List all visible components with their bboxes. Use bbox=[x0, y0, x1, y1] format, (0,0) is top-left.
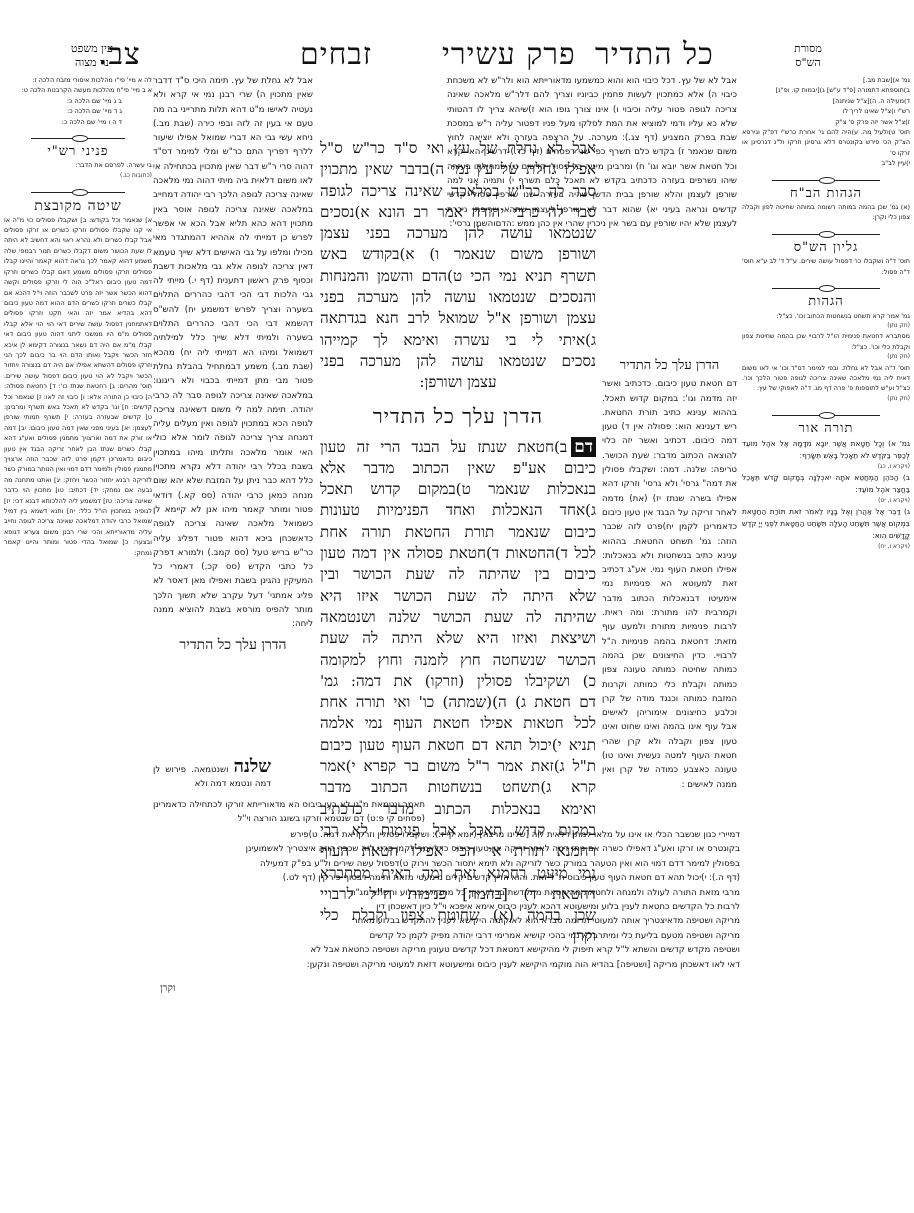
torah-or-source: (ויקרא ו, יח) bbox=[742, 542, 910, 552]
masoret-entry: רש"י ו)צ"ל שאינו לריך לו bbox=[742, 106, 910, 116]
penei-rashi-text: בי עשרה. לפרסם את הדבר: bbox=[4, 160, 152, 170]
masoret-entry: ב)תוספתא דתמורה [פ"ד ע"ש] ג)[יבמות קו. ו… bbox=[742, 85, 910, 95]
gemara-line: לכל חטאות אפילו חטאת העוף נמי אלמה bbox=[320, 713, 596, 734]
gemara-line: תניא י)יכול תהא דם חטאת העוף טעון כיבום bbox=[320, 735, 596, 756]
gemara-line: ושורפן משום שנאמר ו) א)בקודש באש bbox=[320, 244, 596, 265]
ein-mishpat-entry: ד ה ו מיי' שם הלכה כ: bbox=[4, 117, 152, 127]
gemara-line: ב)חטאת שנתז על הבגד הרי זה טעון bbox=[320, 438, 567, 456]
hagahot-entry: תוס' ד"ה אבל לא גחלת. ובפי למימר דס"ד וכ… bbox=[742, 363, 910, 394]
rashi-column: אבל לא של עץ. דכל כיבוי הוא והוא כמשמעו … bbox=[447, 74, 737, 231]
torah-or-entry: ב) הַכֹּהֵן הַמְחַטֵּא אֹתָהּ יֹאכְלֶנָּ… bbox=[742, 472, 910, 496]
rashi-mishna-text: דם חטאת טעון כיבום. כדכתיב ואשר יזה מדמה… bbox=[602, 377, 737, 792]
tosafot-text: אבל לא גחלת של עץ. תימה היכי ס"ד דדבר שא… bbox=[153, 74, 313, 632]
mishna-opening-word: דם bbox=[571, 437, 596, 457]
penei-rashi-title: פניני רש"י bbox=[4, 147, 152, 157]
gemara-line: תשרף תניא נמי הכי ט)הדם והשמן והמנחות bbox=[320, 266, 596, 287]
chapter-name: כל התדיר bbox=[595, 37, 714, 72]
bottom-line: ושטיפה מקדש קדשים והשתא ל"ל קרא תיפוק לי… bbox=[160, 943, 740, 957]
gemara-line: כיבום בין שהיתה לה שעת הכושר ובין bbox=[320, 564, 596, 585]
bottom-line: מרבי מזאת התורה לעולה ולמנחה ולחטאת מה ח… bbox=[160, 886, 740, 900]
gemara-line: הכושר שנשחטה חוץ לזמנה וחוץ למקומה bbox=[320, 650, 596, 671]
torah-or-source: (ויקרא ו, יט) bbox=[742, 496, 910, 506]
tosafot-mishna-block: שלנה ושנטמאה. פירוש לן דמה ונטמא דמה ולא bbox=[153, 760, 271, 792]
gemara-line: לכל ד)החטאות ד)חטאת פסולה אין דמה טעון bbox=[320, 543, 596, 564]
gemara-line: ושיצאת ואיזו היא שלא היתה לה שעת bbox=[320, 628, 596, 649]
ein-mishpat-entry: לה א מיי' פי"ו מהלכות איסורי מזבח הלכה ז… bbox=[4, 75, 152, 85]
ornament-divider bbox=[742, 229, 910, 239]
masoret-entry: תוס' ט)ולעיל מה. ע)היה להם גי' אחרת כרש"… bbox=[742, 127, 910, 158]
gemara-line: נסכים שנטמאו עושה להן מערכה בפני bbox=[320, 351, 596, 372]
ein-mishpat-section: לה א מיי' פי"ו מהלכות איסורי מזבח הלכה ז… bbox=[4, 75, 152, 127]
gemara-line: והנסכים שנטמאו עושה להן מערכה בפני bbox=[320, 287, 596, 308]
right-margin: גמ' א)[שבת מב.] ב)תוספתא דתמורה [פ"ד ע"ש… bbox=[742, 75, 910, 553]
bottom-commentary: דמיירי כגון שנשבר הכלי או אינו על מלאו ל… bbox=[160, 828, 740, 972]
gemara-line: כיבום אע"פ שאין הכתוב מדבר אלא bbox=[320, 458, 596, 479]
hagahot-source: (חק נתן) bbox=[742, 352, 910, 362]
gilyon-hashas-text: תוס' ד"ה ושקבלו כו' דפסול עושה שירים. ע"… bbox=[742, 256, 910, 277]
bottom-line: בקונטרס או זרקו ואע"ג דאפילו כשרה אם נית… bbox=[160, 842, 740, 856]
gemara-line: קרא ג)תשחט בנשחטות הכתוב מדבר bbox=[320, 777, 596, 798]
gemara-line: שהיתה לה שעת הכושר שלנה ושנטמאה bbox=[320, 607, 596, 628]
bottom-line: מריקה ושטיפה מטעם בליעת כלי ומיתרבלא נמי… bbox=[160, 929, 740, 943]
rashi-text: אבל לא של עץ. דכל כיבוי הוא והוא כמשמעו … bbox=[447, 74, 737, 231]
gemara-line: ג)אחד הנאכלות ואחד הפנימיות טעונות bbox=[320, 500, 596, 521]
shita-mekubetzet-section: שיטה מקובצת א] שנאמר וכל בקודש: ב] ושקבל… bbox=[4, 201, 152, 558]
torah-or-entry: ג) דַּבֵּר אֶל אַהֲרֹן וְאֶל בָּנָיו לֵא… bbox=[742, 506, 910, 542]
torah-or-title: תורה אור bbox=[742, 424, 910, 434]
hagahot-habach-text: (א) גמ' שכן בהמה במותה רשומה במותה שחיטה… bbox=[742, 202, 910, 223]
gilyon-hashas-section: גליון הש"ס תוס' ד"ה ושקבלו כו' דפסול עוש… bbox=[742, 243, 910, 277]
gemara-line: כיבום שנאמר תורת החטאת תורה אחת bbox=[320, 522, 596, 543]
hagahot-source: (חק נתן) bbox=[742, 321, 910, 331]
gemara-column: אבל לא נחלת של עץ ואי ס"ד כר"ש ס"ל אפילו… bbox=[320, 138, 596, 948]
penei-rashi-source: (כתובות כג.) bbox=[4, 171, 152, 181]
gemara-line: כ) ושקיבלו פסולין (וזרקו) את דמה: גמ' bbox=[320, 671, 596, 692]
bottom-line: לרבות כל הקדשים כחטאת לענין בלוע ומישעוט… bbox=[160, 900, 740, 914]
torah-or-section: תורה אור גמ' א) וְכָל חַטָּאת אֲשֶׁר יוּ… bbox=[742, 424, 910, 553]
masoret-section: גמ' א)[שבת מב.] ב)תוספתא דתמורה [פ"ד ע"ש… bbox=[742, 75, 910, 169]
hagahot-habach-title: הגהות הב"ח bbox=[742, 189, 910, 199]
hagahot-entry: מסתברא דחטאת פנימית הו"ל לרבויי שכן בהמה… bbox=[742, 331, 910, 352]
ornament-divider bbox=[742, 175, 910, 185]
ornament-divider bbox=[4, 133, 152, 143]
bottom-line: בפסולין למימר דדם דמוי הוא ואין הטעהר במ… bbox=[160, 857, 740, 871]
masoret-label: מסורת bbox=[778, 42, 838, 56]
hagahot-section: הגהות גמ' אמר קרא תשחט בנשחטות הכתוב וכו… bbox=[742, 297, 910, 404]
chapter-number: פרק עשירי bbox=[442, 37, 576, 72]
tosafot-hadran: הדרן עלך כל התדיר bbox=[153, 638, 313, 652]
left-margin: לה א מיי' פי"ו מהלכות איסורי מזבח הלכה ז… bbox=[4, 75, 152, 558]
hagahot-habach-section: הגהות הב"ח (א) גמ' שכן בהמה במותה רשומה … bbox=[742, 189, 910, 223]
gemara-line: בנאכלות שנאמר ט)במקום קדוש תאכל bbox=[320, 479, 596, 500]
masoret-entry: ד)מעילה ה. ה)[צ"ל שניתנה] bbox=[742, 96, 910, 106]
hagahot-entry: גמ' אמר קרא תשחט בנשחטות הכתוב וכו'. כצ"… bbox=[742, 311, 910, 321]
bottom-line: דמיירי כגון שנשבר הכלי או אינו על מלאו ל… bbox=[160, 828, 740, 842]
catchword: וקרן bbox=[160, 983, 200, 994]
gemara-line: עצמן ושורפן: bbox=[320, 372, 596, 393]
penei-rashi-section: פניני רש"י בי עשרה. לפרסם את הדבר: (כתוב… bbox=[4, 147, 152, 181]
ornament-divider bbox=[742, 410, 910, 420]
shita-mekubetzet-text: א] שנאמר וכל בקודש: ב] ושקבלו פסולים כוי… bbox=[4, 215, 152, 558]
ornament-divider bbox=[742, 283, 910, 293]
tractate-name: זבחים bbox=[300, 37, 372, 72]
masoret-entry: גמ' א)[שבת מב.] bbox=[742, 75, 910, 85]
bottom-line: דאי לאו דאשכחן מריקה [ושטיפה] בהדיא הוה … bbox=[160, 958, 740, 972]
gilyon-hashas-title: גליון הש"ס bbox=[742, 243, 910, 253]
torah-or-source: (ויקרא ו, כג) bbox=[742, 462, 910, 472]
mishna-first-line: דםב)חטאת שנתז על הבגד הרי זה טעון bbox=[320, 437, 596, 458]
gemara-line: ת"ל ג)זאת אמר ר"ל משום בר קפרא י)אמר bbox=[320, 756, 596, 777]
gemara-line: ואימא בנאכלות הכתוב מדבר כדכתיב bbox=[320, 799, 596, 820]
masoret-entry: ז)צ"ל אשר יזה פרק ס' צ"ק bbox=[742, 117, 910, 127]
folio-number: צב. bbox=[98, 37, 141, 72]
tosafot-mishna-heading: שלנה bbox=[234, 756, 271, 777]
gemara-line: דם חטאת ג) ה)(שמתה) כו' ואי תורה אחת bbox=[320, 692, 596, 713]
ein-mishpat-entry: ג ד מיי' שם הלכה כ: bbox=[4, 106, 152, 116]
hashas-label: הש"ס bbox=[778, 56, 838, 70]
rashi-hadran: הדרן עלך כל התדיר bbox=[602, 359, 737, 373]
rashi-column-lower: הדרן עלך כל התדיר דם חטאת טעון כיבום. כד… bbox=[602, 357, 737, 792]
bottom-line: מריקה ושטיפה מדאיצטריך אותה למעוטי תרומה… bbox=[160, 914, 740, 928]
ornament-divider bbox=[4, 187, 152, 197]
gemara-line: עצמן ושורפן א"ל שמואל לרב חנא בגדתאה bbox=[320, 308, 596, 329]
masoret-header-label: מסורת הש"ס bbox=[778, 42, 838, 70]
ein-mishpat-entry: ב ג מיי' שם הלכה כ: bbox=[4, 96, 152, 106]
shita-mekubetzet-title: שיטה מקובצת bbox=[4, 201, 152, 211]
torah-or-entry: גמ' א) וְכָל חַטָּאת אֲשֶׁר יוּבָא מִדָּ… bbox=[742, 438, 910, 462]
gemara-line: ג)איתי לי בי עשרה ואימא לך קמייהו bbox=[320, 330, 596, 351]
hagahot-source: (חק נתן) bbox=[742, 394, 910, 404]
bottom-line: (דף ה.): י)יכול תהא דם חטאת העוף טעון כי… bbox=[160, 871, 740, 885]
gemara-line: שלא היתה לה שעת הכושר איזו היא bbox=[320, 586, 596, 607]
masoret-entry: י)עיין לב"ב bbox=[742, 158, 910, 168]
hagahot-title: הגהות bbox=[742, 297, 910, 307]
ein-mishpat-entry: א ב מיי' פי"ח מהלכות מעשה הקרבנות הלכה ט… bbox=[4, 85, 152, 95]
gemara-hadran: הדרן עלך כל התדיר bbox=[320, 404, 596, 429]
tosafot-column: אבל לא גחלת של עץ. תימה היכי ס"ד דדבר שא… bbox=[153, 74, 313, 658]
